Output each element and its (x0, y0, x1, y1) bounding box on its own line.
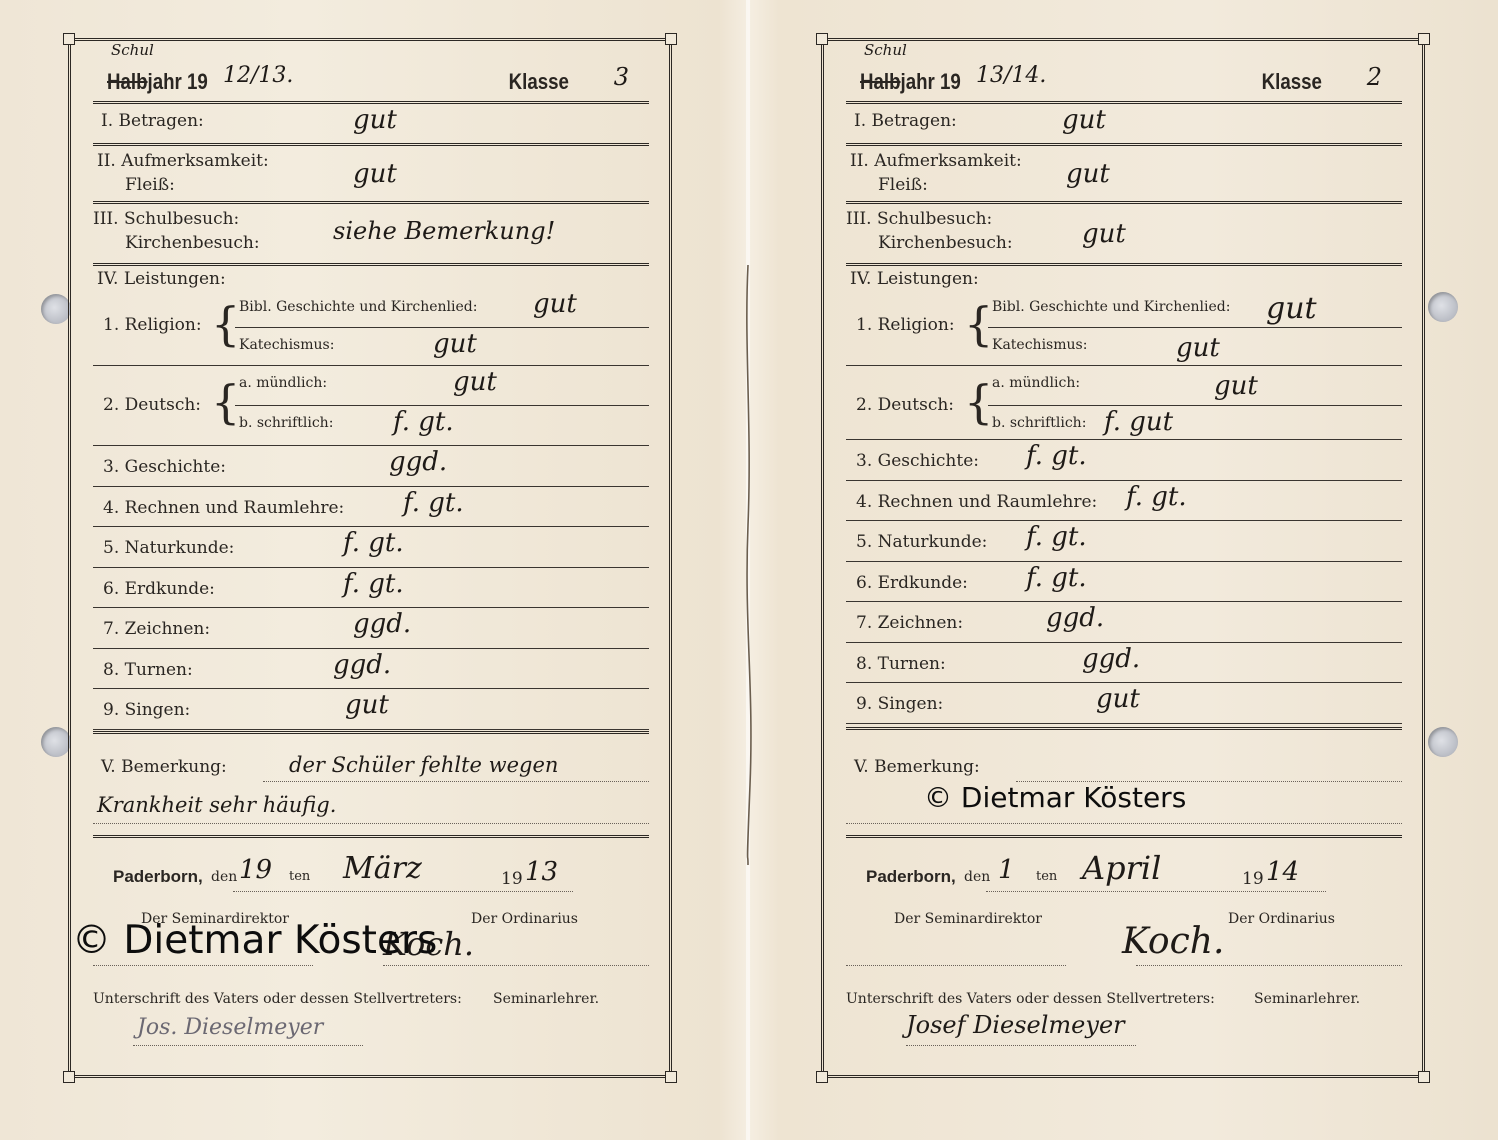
subject-grade: f. gt. (1026, 441, 1087, 471)
section-aufmerksamkeit: II. Aufmerksamkeit: Fleiß: gut (846, 145, 1402, 204)
place: Paderborn, (113, 867, 203, 887)
subject-grade: f. gt. (1026, 522, 1087, 552)
grade: gut (1062, 105, 1106, 135)
dotted-line (263, 781, 649, 782)
date-year: 13 (525, 857, 558, 887)
father-label: Unterschrift des Vaters oder dessen Stel… (846, 991, 1215, 1007)
term-printed: jahr 19 (901, 69, 961, 94)
section-title-leistungen: IV. Leistungen: (850, 269, 979, 289)
punch-hole (1428, 292, 1458, 322)
subject-grade: ggd. (353, 609, 411, 639)
page-header: Schul Halbjahr 19 13/14. Klasse 2 (846, 61, 1402, 104)
subject-label: 8. Turnen: (103, 660, 193, 680)
label: Kirchenbesuch: (878, 233, 1013, 253)
subject-grade: f. gt. (343, 528, 404, 558)
label: Katechismus: (992, 337, 1087, 353)
rule (988, 327, 1402, 328)
handwritten-correction: Schul (111, 41, 154, 59)
rule (846, 833, 1402, 838)
handwritten-correction: Schul (864, 41, 907, 59)
section-betragen: I. Betragen: gut (846, 103, 1402, 146)
rule (93, 648, 649, 649)
dotted-line (1136, 965, 1402, 966)
father-signature: Jos. Dieselmeyer (137, 1015, 323, 1040)
label: a. mündlich: (992, 375, 1080, 391)
grade: gut (1214, 371, 1258, 401)
date-line: Paderborn, den 19 ten März 19 13 (93, 851, 649, 891)
dotted-line (133, 1045, 363, 1046)
label: a. mündlich: (239, 375, 327, 391)
frame-corner (816, 33, 828, 45)
label: III. Schulbesuch: (93, 209, 239, 229)
grade: gut (1066, 159, 1110, 189)
label: 1. Religion: (856, 315, 955, 335)
date-line: Paderborn, den 1 ten April 19 14 (846, 851, 1402, 891)
page-header: Schul Halbjahr 19 12/13. Klasse 3 (93, 61, 649, 104)
label: II. Aufmerksamkeit: (97, 151, 269, 171)
label: I. Betragen: (101, 111, 204, 131)
dotted-line (846, 965, 1066, 966)
subject-label: 5. Naturkunde: (856, 532, 987, 552)
label: I. Betragen: (854, 111, 957, 131)
rule (988, 405, 1402, 406)
section-bemerkung: V. Bemerkung: der Schüler fehlte wegen K… (93, 753, 649, 833)
grade: gut (1266, 291, 1317, 326)
teacher-label: Seminarlehrer. (493, 991, 599, 1007)
subject-label: 9. Singen: (103, 700, 190, 720)
punch-hole (1428, 727, 1458, 757)
date-month: April (1082, 849, 1161, 887)
grade: gut (533, 289, 577, 319)
rule (846, 725, 1402, 730)
grade: gut (1082, 219, 1126, 249)
grade: f. gt. (393, 407, 454, 437)
rule (846, 723, 1402, 724)
frame-corner (63, 33, 75, 45)
label: 19 (501, 869, 523, 889)
label: II. Aufmerksamkeit: (850, 151, 1022, 171)
section-betragen: I. Betragen: gut (93, 103, 649, 146)
subject-label: 7. Zeichnen: (103, 619, 210, 639)
remark-line-2: Krankheit sehr häufig. (97, 793, 336, 817)
frame-corner (63, 1071, 75, 1083)
rule (846, 480, 1402, 481)
father-label: Unterschrift des Vaters oder dessen Stel… (93, 991, 462, 1007)
brace: { (211, 301, 240, 347)
grade: gut (353, 105, 397, 135)
rule (235, 327, 649, 328)
label: 19 (1242, 869, 1264, 889)
place: Paderborn, (866, 867, 956, 887)
label: 2. Deutsch: (103, 395, 201, 415)
subject-grade: ggd. (1046, 603, 1104, 633)
rule (846, 642, 1402, 643)
subject-row: 9. Singen:gut (846, 684, 1402, 725)
dotted-line (383, 965, 649, 966)
report-page-right: Schul Halbjahr 19 13/14. Klasse 2 I. Bet… (821, 38, 1425, 1078)
rule (93, 526, 649, 527)
date-day: 19 (239, 855, 272, 885)
grade: siehe Bemerkung! (333, 217, 555, 245)
copyright-watermark: © Dietmar Kösters (924, 781, 1186, 814)
label: ten (289, 869, 310, 884)
label: ten (1036, 869, 1057, 884)
punch-hole (41, 294, 71, 324)
subject-row: 4. Rechnen und Raumlehre:f. gt. (93, 488, 649, 529)
school-year: 12/13. (223, 63, 293, 88)
subject-row: 9. Singen:gut (93, 690, 649, 731)
frame-corner (1418, 33, 1430, 45)
dotted-line (93, 965, 313, 966)
class-value: 2 (1367, 63, 1382, 91)
grade: gut (453, 367, 497, 397)
ordinarius-signature: Koch. (1122, 921, 1224, 962)
subject-label: 9. Singen: (856, 694, 943, 714)
class-label: Klasse (509, 69, 569, 95)
label: Bibl. Geschichte und Kirchenlied: (992, 299, 1230, 315)
rule (93, 445, 649, 446)
subject-row: 5. Naturkunde:f. gt. (846, 522, 1402, 563)
date-day: 1 (998, 855, 1015, 885)
subject-row: 7. Zeichnen:ggd. (93, 609, 649, 650)
label: V. Bemerkung: (854, 757, 980, 777)
subject-deutsch: 2. Deutsch: { a. mündlich: gut b. schrif… (93, 367, 649, 447)
section-schulbesuch: III. Schulbesuch: Kirchenbesuch: siehe B… (93, 203, 649, 266)
binding-thread (742, 265, 754, 865)
copyright-watermark: © Dietmar Kösters (72, 918, 437, 963)
subject-label: 6. Erdkunde: (103, 579, 215, 599)
label: b. schriftlich: (239, 415, 333, 431)
subject-grade: gut (345, 690, 389, 720)
rule (93, 688, 649, 689)
subject-label: 8. Turnen: (856, 654, 946, 674)
section-aufmerksamkeit: II. Aufmerksamkeit: Fleiß: gut (93, 145, 649, 204)
label: V. Bemerkung: (101, 757, 227, 777)
subject-label: 5. Naturkunde: (103, 538, 234, 558)
dotted-line (233, 891, 573, 892)
rule (846, 365, 1402, 366)
term-printed: jahr 19 (148, 69, 208, 94)
subject-deutsch: 2. Deutsch: { a. mündlich: gut b. schrif… (846, 367, 1402, 447)
subject-row: 7. Zeichnen:ggd. (846, 603, 1402, 644)
struck-text: Halb (860, 69, 901, 94)
remark-line-1: der Schüler fehlte wegen (289, 753, 558, 777)
subject-row: 3. Geschichte:f. gt. (846, 441, 1402, 482)
rule (93, 567, 649, 568)
subject-label: 7. Zeichnen: (856, 613, 963, 633)
subject-grade: ggd. (1082, 644, 1140, 674)
subject-label: 4. Rechnen und Raumlehre: (103, 498, 344, 518)
subject-row: 8. Turnen:ggd. (93, 650, 649, 691)
brace: { (211, 379, 240, 425)
subject-grade: f. gt. (343, 569, 404, 599)
subject-religion: 1. Religion: { Bibl. Geschichte und Kirc… (846, 293, 1402, 365)
label: Katechismus: (239, 337, 334, 353)
label: den (964, 869, 990, 885)
rule (235, 405, 649, 406)
label: Fleiß: (878, 175, 928, 195)
subject-grade: ggd. (389, 447, 447, 477)
brace: { (964, 379, 993, 425)
label: den (211, 869, 237, 885)
rule (846, 520, 1402, 521)
class-label: Klasse (1262, 69, 1322, 95)
subject-grade: f. gt. (1026, 563, 1087, 593)
ordinarius-label: Der Ordinarius (471, 911, 578, 927)
frame-corner (816, 1071, 828, 1083)
subject-religion: 1. Religion: { Bibl. Geschichte und Kirc… (93, 293, 649, 365)
grade: gut (353, 159, 397, 189)
subject-grade: ggd. (333, 650, 391, 680)
rule (93, 365, 649, 366)
punch-hole (41, 727, 71, 757)
subject-grade: f. gt. (1126, 482, 1187, 512)
frame-corner (1418, 1071, 1430, 1083)
rule (93, 833, 649, 838)
rule (846, 601, 1402, 602)
class-value: 3 (614, 63, 629, 91)
subject-grade: f. gt. (403, 488, 464, 518)
rule (93, 729, 649, 734)
term-label: Halbjahr 19 (107, 69, 208, 95)
subject-label: 3. Geschichte: (856, 451, 979, 471)
struck-text: Halb (107, 69, 148, 94)
dotted-line (93, 823, 649, 824)
father-signature: Josef Dieselmeyer (906, 1011, 1125, 1039)
frame-corner (665, 33, 677, 45)
grade: gut (1176, 333, 1220, 363)
subject-row: 6. Erdkunde:f. gt. (93, 569, 649, 610)
rule (93, 607, 649, 608)
rule (846, 561, 1402, 562)
date-month: März (343, 851, 422, 886)
subject-label: 3. Geschichte: (103, 457, 226, 477)
subject-row: 3. Geschichte:ggd. (93, 447, 649, 488)
teacher-label: Seminarlehrer. (1254, 991, 1360, 1007)
subject-row: 4. Rechnen und Raumlehre:f. gt. (846, 482, 1402, 523)
label: III. Schulbesuch: (846, 209, 992, 229)
subject-label: 6. Erdkunde: (856, 573, 968, 593)
subject-row: 5. Naturkunde:f. gt. (93, 528, 649, 569)
grade: f. gut (1104, 407, 1173, 437)
label: Kirchenbesuch: (125, 233, 260, 253)
subject-row: 6. Erdkunde:f. gt. (846, 563, 1402, 604)
grade: gut (433, 329, 477, 359)
label: b. schriftlich: (992, 415, 1086, 431)
dotted-line (986, 891, 1326, 892)
frame-corner (665, 1071, 677, 1083)
label: 1. Religion: (103, 315, 202, 335)
section-schulbesuch: III. Schulbesuch: Kirchenbesuch: gut (846, 203, 1402, 266)
term-label: Halbjahr 19 (860, 69, 961, 95)
school-year: 13/14. (976, 63, 1046, 88)
brace: { (964, 301, 993, 347)
section-title-leistungen: IV. Leistungen: (97, 269, 226, 289)
dotted-line (846, 823, 1402, 824)
rule (846, 439, 1402, 440)
rule (846, 682, 1402, 683)
ordinarius-label: Der Ordinarius (1228, 911, 1335, 927)
label: 2. Deutsch: (856, 395, 954, 415)
rule (93, 486, 649, 487)
label: Fleiß: (125, 175, 175, 195)
subject-row: 8. Turnen:ggd. (846, 644, 1402, 685)
subject-grade: gut (1096, 684, 1140, 714)
label: Bibl. Geschichte und Kirchenlied: (239, 299, 477, 315)
date-year: 14 (1266, 857, 1299, 887)
dotted-line (906, 1045, 1136, 1046)
director-label: Der Seminardirektor (894, 911, 1042, 927)
subject-label: 4. Rechnen und Raumlehre: (856, 492, 1097, 512)
